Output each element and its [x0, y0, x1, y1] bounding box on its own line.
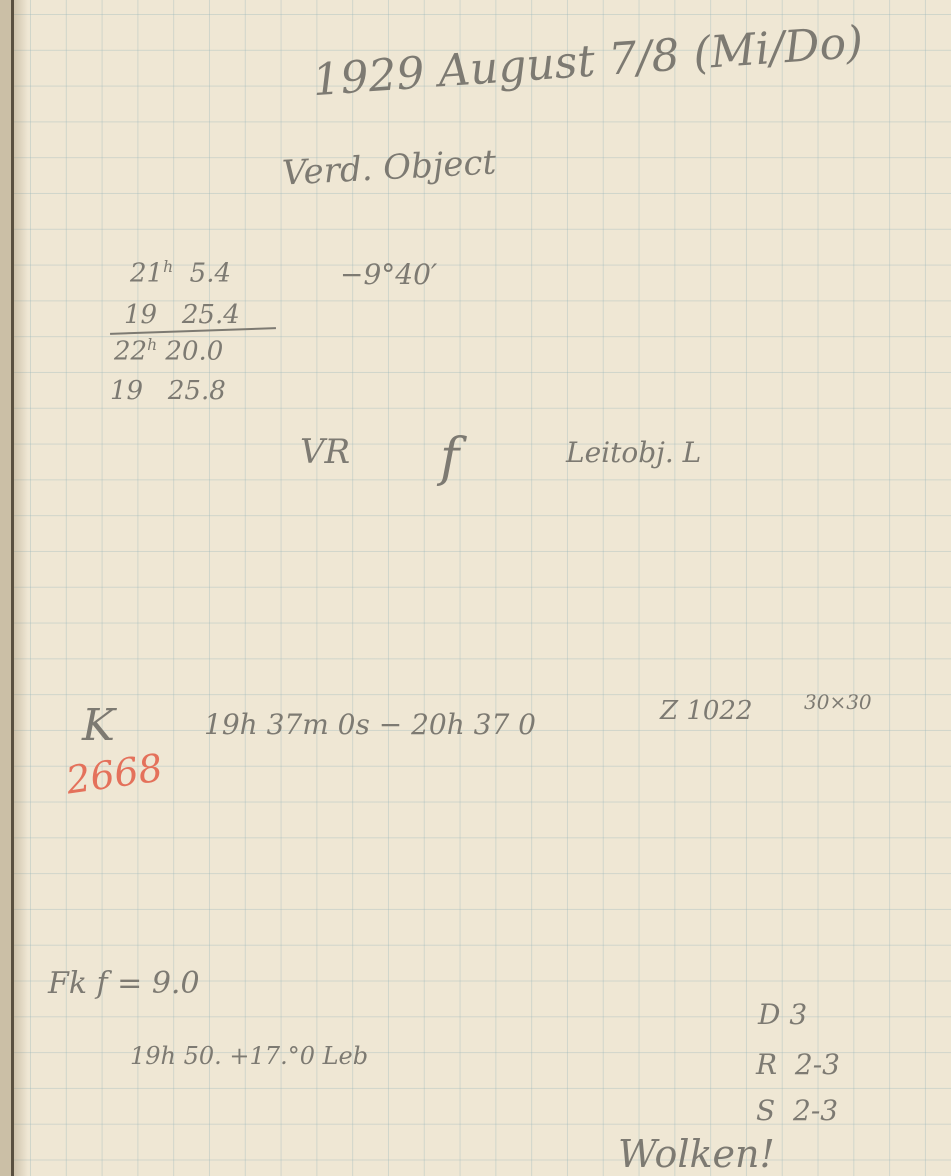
ra-row: 22h 20.0 — [114, 336, 223, 367]
focus-note: Fk f = 9.0 — [48, 966, 200, 1001]
note-f: f — [440, 428, 459, 488]
condition-row: R 2-3 — [756, 1048, 840, 1081]
condition-row: D 3 — [758, 998, 807, 1031]
plate-size: 30×30 — [804, 690, 872, 714]
footer-note: Wolken! — [618, 1132, 775, 1176]
plate-number: Z 1022 — [660, 696, 753, 726]
ra-row: 19 25.4 — [124, 300, 240, 330]
ra-row: 19 25.8 — [110, 376, 226, 406]
binding-shadow — [14, 0, 28, 1176]
exposure-time-range: 19h 37m 0s − 20h 37 0 — [204, 708, 536, 741]
position-note: 19h 50. +17.°0 Leb — [130, 1042, 368, 1070]
ra-row: 21h 5.4 — [130, 258, 231, 289]
note-leitobjekt: Leitobj. L — [566, 436, 701, 469]
marker-k: K — [82, 700, 115, 751]
note-vr: VR — [300, 432, 350, 472]
condition-row: S 2-3 — [756, 1094, 838, 1127]
declination: −9°40′ — [340, 258, 437, 291]
